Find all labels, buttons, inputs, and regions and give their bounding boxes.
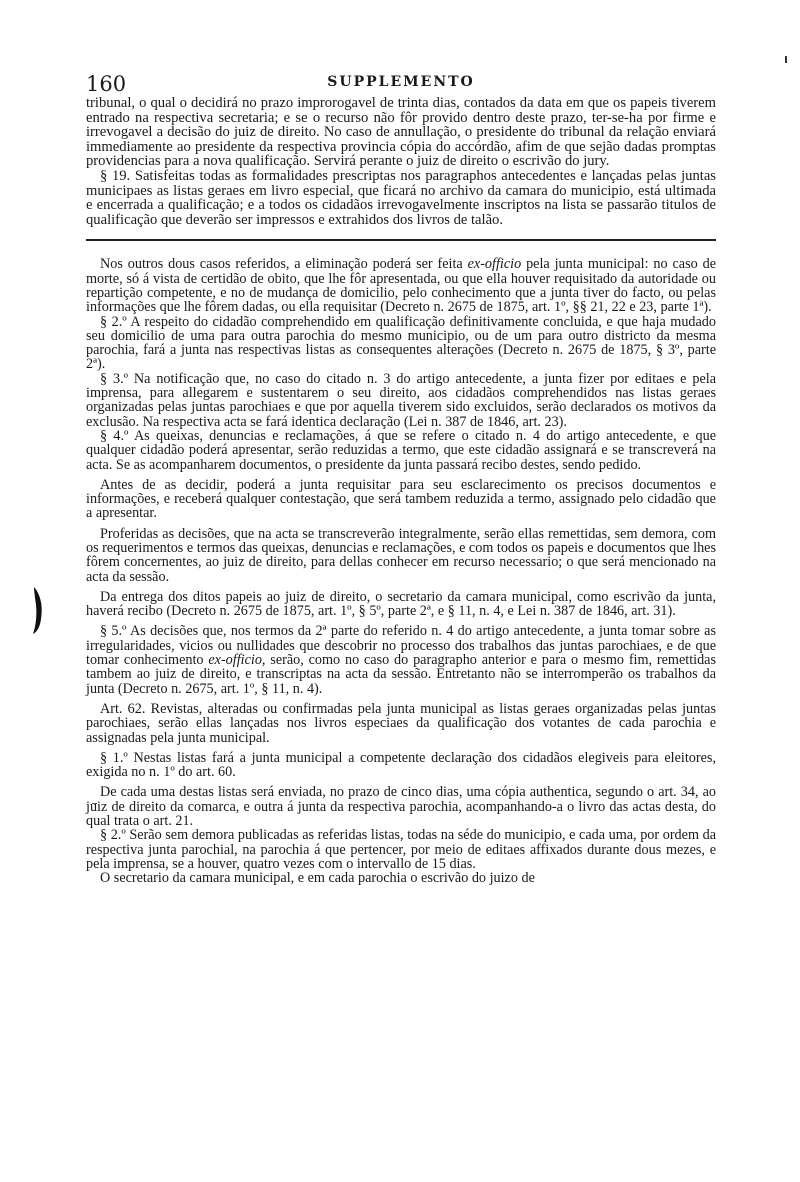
document-page: 160 SUPPLEMENTO tribunal, o qual o decid… (86, 72, 716, 886)
paragraph-section-2b: § 2.º Serão sem demora publicadas as ref… (86, 828, 716, 871)
paragraph: Antes de as decidir, poderá a junta requ… (86, 478, 716, 521)
footnote-divider (86, 239, 716, 241)
paragraph: Proferidas as decisões, que na acta se t… (86, 527, 716, 584)
paragraph-section-5: § 5.º As decisões que, nos termos da 2ª … (86, 624, 716, 695)
paragraph-section-3: § 3.º Na notificação que, no caso do cit… (86, 372, 716, 429)
paragraph: De cada uma destas listas será enviada, … (86, 785, 716, 828)
page-edge-mark (785, 56, 787, 63)
paragraph: O secretario da camara municipal, e em c… (86, 871, 716, 885)
paragraph: Nos outros dous casos referidos, a elimi… (86, 257, 716, 314)
paragraph-section-1: § 1.º Nestas listas fará a junta municip… (86, 751, 716, 780)
page-header: 160 SUPPLEMENTO (86, 72, 716, 96)
running-title: SUPPLEMENTO (86, 74, 716, 90)
paragraph: tribunal, o qual o decidirá no prazo imp… (86, 96, 716, 169)
margin-ink-mark (31, 585, 45, 635)
main-text: tribunal, o qual o decidirá no prazo imp… (86, 96, 716, 227)
paragraph-section-19: § 19. Satisfeitas todas as formalidades … (86, 169, 716, 227)
annotation-text: Nos outros dous casos referidos, a elimi… (86, 257, 716, 885)
paragraph: Da entrega dos ditos papeis ao juiz de d… (86, 590, 716, 619)
paragraph-section-4: § 4.º As queixas, denuncias e reclamaçõe… (86, 429, 716, 472)
paragraph-section-2: § 2.º A respeito do cidadão comprehendid… (86, 315, 716, 372)
paragraph-art-62: Art. 62. Revistas, alteradas ou confirma… (86, 702, 716, 745)
